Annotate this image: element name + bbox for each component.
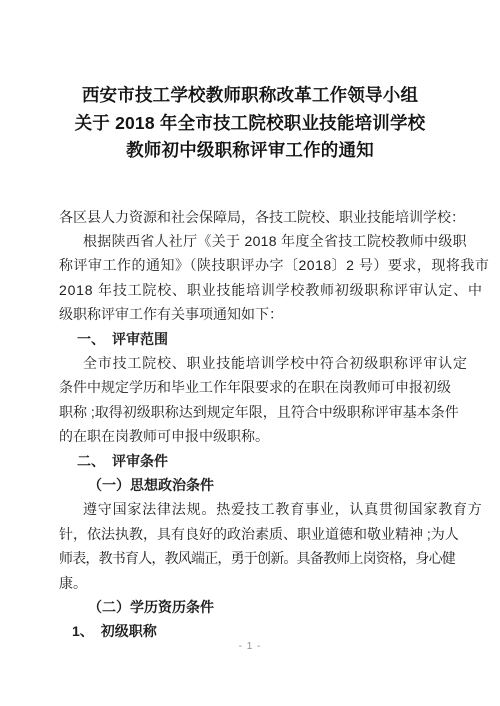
heading-review-scope: 一、 评审范围 bbox=[59, 327, 453, 351]
body-line: 的在职在岗教师可申报中级职称。 bbox=[59, 424, 453, 448]
document-page: 西安市技工学校教师职称改革工作领导小组 关于 2018 年全市技工院校职业技能培… bbox=[0, 0, 500, 706]
body-line: 级职称评审工作有关事项通知如下： bbox=[59, 302, 453, 326]
body-line: 师表，教书育人，教风端正，勇于创新。具备教师上岗资格，身心健 bbox=[59, 546, 453, 570]
body-line: 针，依法执教，具有良好的政治素质、职业道德和敬业精神 ;为人 bbox=[59, 522, 453, 546]
title-line: 西安市技工学校教师职称改革工作领导小组 bbox=[0, 82, 500, 110]
body-line-salutation: 各区县人力资源和社会保障局，各技工院校、职业技能培训学校： bbox=[59, 205, 453, 229]
title-line: 教师初中级职称评审工作的通知 bbox=[0, 137, 500, 165]
body-line: 职称 ;取得初级职称达到规定年限，且符合中级职称评审基本条件 bbox=[59, 400, 453, 424]
document-title: 西安市技工学校教师职称改革工作领导小组 关于 2018 年全市技工院校职业技能培… bbox=[0, 0, 500, 165]
body-line: 根据陕西省人社厅《关于 2018 年度全省技工院校教师中级职 bbox=[59, 229, 453, 253]
heading-qualification-conditions: （二）学历资历条件 bbox=[59, 595, 453, 619]
body-line: 2018 年技工院校、职业技能培训学校教师初级职称评审认定、中 bbox=[59, 278, 453, 302]
body-line: 条件中规定学历和毕业工作年限要求的在职在岗教师可申报初级 bbox=[59, 375, 453, 399]
title-line: 关于 2018 年全市技工院校职业技能培训学校 bbox=[0, 110, 500, 138]
heading-political-conditions: （一）思想政治条件 bbox=[59, 473, 453, 497]
body-line: 全市技工院校、职业技能培训学校中符合初级职称评审认定 bbox=[59, 351, 453, 375]
body-line: 称评审工作的通知》（陕技职评办字〔2018〕2 号）要求，现将我市 bbox=[59, 253, 453, 277]
document-body: 各区县人力资源和社会保障局，各技工院校、职业技能培训学校： 根据陕西省人社厅《关… bbox=[0, 205, 453, 644]
body-line: 遵守国家法律法规。热爱技工教育事业，认真贯彻国家教育方 bbox=[59, 497, 453, 521]
body-line: 康。 bbox=[59, 571, 453, 595]
heading-review-conditions: 二、 评审条件 bbox=[59, 449, 453, 473]
page-number: - 1 - bbox=[0, 641, 500, 652]
